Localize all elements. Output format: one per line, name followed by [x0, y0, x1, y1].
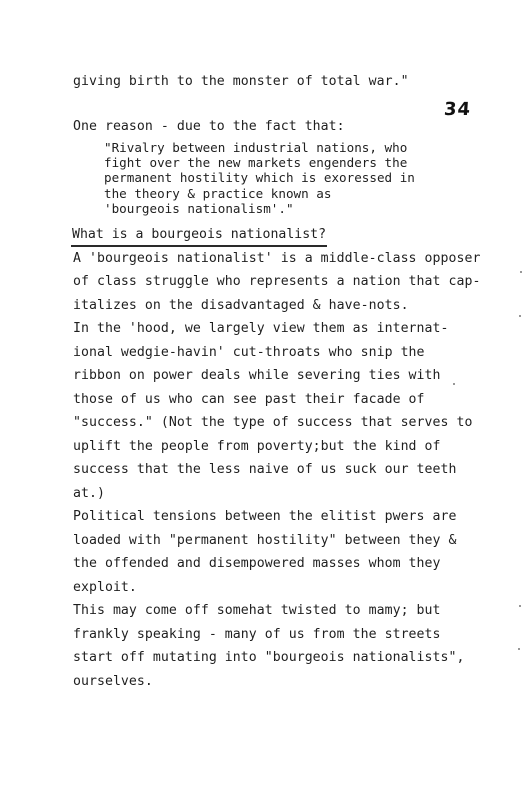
body-line: italizes on the disadvantaged & have-not… — [73, 298, 409, 314]
body-line: the offended and disempowered masses who… — [73, 556, 441, 572]
body-line: ribbon on power deals while severing tie… — [73, 368, 441, 384]
scan-speck — [520, 271, 522, 273]
body-line: exploit. — [73, 580, 137, 596]
quote-line: 'bourgeois nationalism'." — [104, 202, 294, 216]
quote-line: the theory & practice known as — [104, 187, 331, 201]
heading-underline — [71, 245, 327, 247]
body-line: start off mutating into "bourgeois natio… — [73, 650, 465, 666]
section-heading: What is a bourgeois nationalist? — [72, 227, 326, 243]
quote-line: fight over the new markets engenders the — [104, 156, 407, 170]
body-line: Political tensions between the elitist p… — [73, 509, 457, 525]
quote-line: permanent hostility which is exoressed i… — [104, 171, 415, 185]
handwritten-page-number: 34 — [443, 99, 472, 120]
body-line: A 'bourgeois nationalist' is a middle-cl… — [73, 251, 480, 267]
scan-speck — [453, 383, 455, 385]
body-line: at.) — [73, 486, 105, 502]
body-line: In the 'hood, we largely view them as in… — [73, 321, 449, 337]
scan-speck — [519, 605, 521, 607]
body-line: loaded with "permanent hostility" betwee… — [73, 533, 457, 549]
scan-speck — [519, 315, 521, 317]
body-line: ional wedgie-havin' cut-throats who snip… — [73, 345, 425, 361]
body-line: frankly speaking - many of us from the s… — [73, 627, 441, 643]
body-line: those of us who can see past their facad… — [73, 392, 425, 408]
body-line: success that the less naive of us suck o… — [73, 462, 457, 478]
intro-line: One reason - due to the fact that: — [73, 119, 345, 135]
body-line: of class struggle who represents a natio… — [73, 274, 480, 290]
scan-speck — [518, 648, 520, 650]
body-line: ourselves. — [73, 674, 153, 690]
body-line: uplift the people from poverty;but the k… — [73, 439, 441, 455]
body-line: This may come off somehat twisted to mam… — [73, 603, 441, 619]
document-page: giving birth to the monster of total war… — [0, 0, 524, 811]
quote-line: "Rivalry between industrial nations, who — [104, 141, 407, 155]
body-line: "success." (Not the type of success that… — [73, 415, 472, 431]
opening-line: giving birth to the monster of total war… — [73, 74, 409, 90]
